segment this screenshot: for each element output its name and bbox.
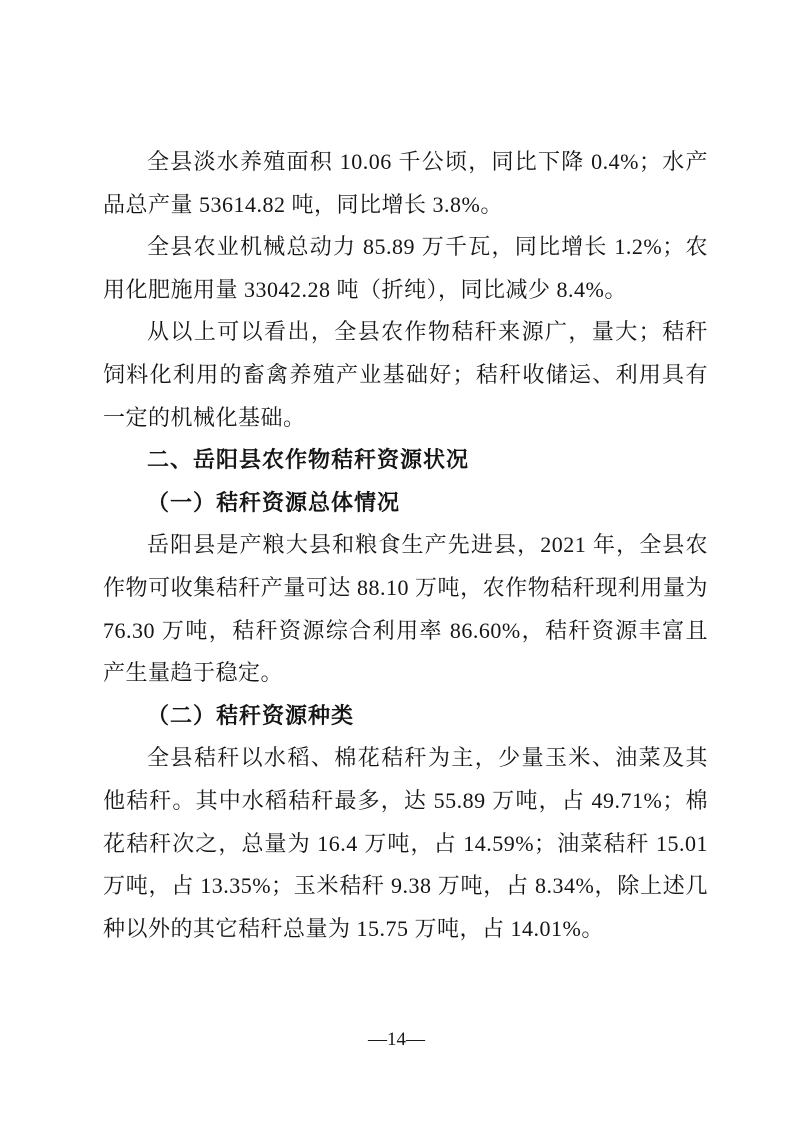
document-body: 全县淡水养殖面积 10.06 千公顷，同比下降 0.4%；水产品总产量 5361…: [103, 141, 708, 950]
document-page: 全县淡水养殖面积 10.06 千公顷，同比下降 0.4%；水产品总产量 5361…: [0, 0, 793, 1122]
heading-section-straw-resource-status: 二、岳阳县农作物秸秆资源状况: [103, 439, 708, 482]
heading-subsection-straw-types: （二）秸秆资源种类: [103, 695, 708, 738]
paragraph-aquaculture-stats: 全县淡水养殖面积 10.06 千公顷，同比下降 0.4%；水产品总产量 5361…: [103, 141, 708, 226]
paragraph-conclusion: 从以上可以看出，全县农作物秸秆来源广，量大；秸秆饲料化利用的畜禽养殖产业基础好；…: [103, 311, 708, 439]
paragraph-machinery-fertilizer-stats: 全县农业机械总动力 85.89 万千瓦，同比增长 1.2%；农用化肥施用量 33…: [103, 226, 708, 311]
paragraph-straw-overview: 岳阳县是产粮大县和粮食生产先进县，2021 年，全县农作物可收集秸秆产量可达 8…: [103, 524, 708, 694]
footer-page-number: —14—: [0, 1028, 793, 1052]
heading-subsection-overall-situation: （一）秸秆资源总体情况: [103, 482, 708, 525]
paragraph-straw-types-detail: 全县秸秆以水稻、棉花秸秆为主，少量玉米、油菜及其他秸秆。其中水稻秸秆最多，达 5…: [103, 737, 708, 950]
